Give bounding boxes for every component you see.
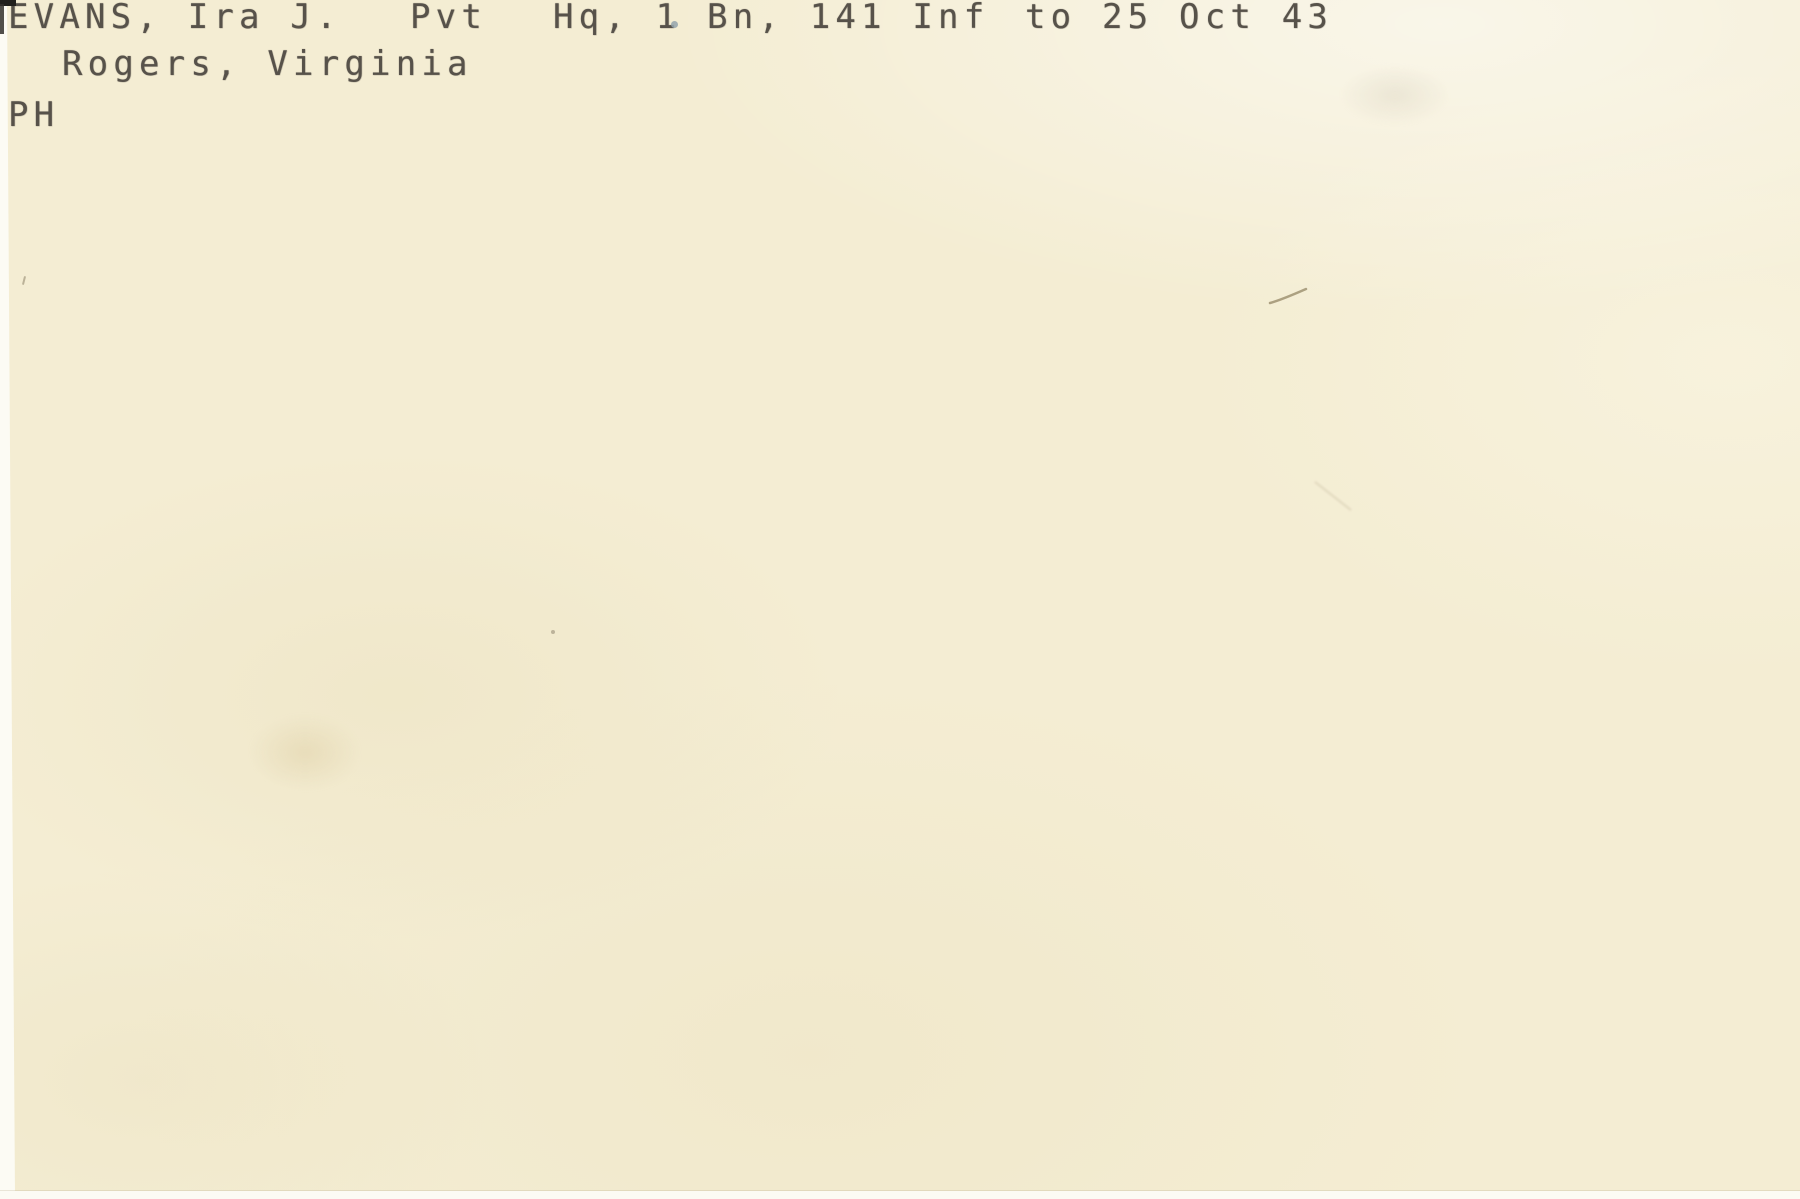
scanned-index-card: EVANS, Ira J. Pvt Hq, 1 Bn, 141 Inf to 2…: [0, 0, 1800, 1199]
paper-crease: [1314, 481, 1351, 511]
scan-corner-mark-side: [0, 4, 4, 34]
paper-speck: [551, 630, 555, 634]
pencil-check-mark: [1268, 286, 1312, 308]
pencil-tick-mark: [22, 276, 26, 285]
paper-smudge: [1340, 65, 1450, 125]
soldier-name: EVANS, Ira J.: [8, 0, 342, 37]
award-code: PH: [8, 95, 59, 135]
scan-edge-bottom: [0, 1191, 1800, 1199]
stray-ink-dot: [671, 21, 678, 28]
paper-stain: [250, 715, 360, 790]
unit-assignment: Hq, 1 Bn, 141 Inf: [553, 0, 989, 37]
card-line-1: EVANS, Ira J. Pvt Hq, 1 Bn, 141 Inf to 2…: [0, 0, 1800, 37]
service-date-note: to 25 Oct 43: [1025, 0, 1333, 37]
soldier-rank: Pvt: [410, 0, 487, 37]
hometown: Rogers, Virginia: [62, 44, 473, 84]
